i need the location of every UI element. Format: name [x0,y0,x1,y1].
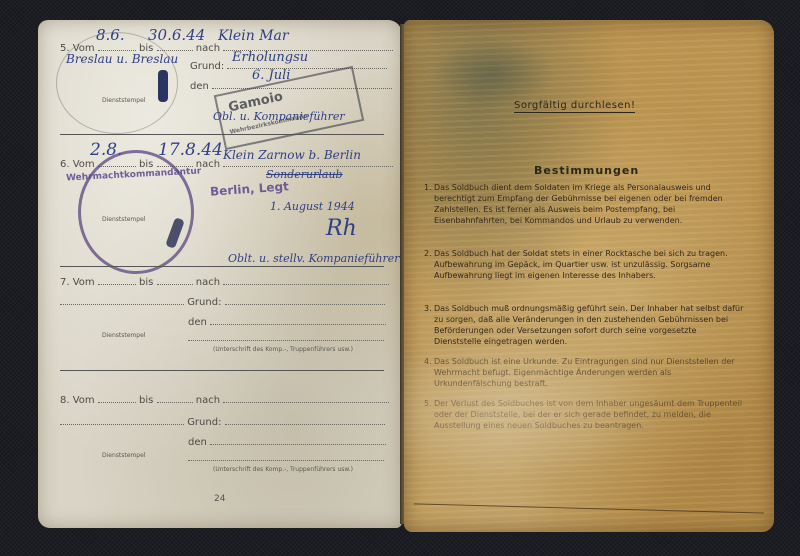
entry-7-signature-caption: (Unterschrift des Komp.-, Truppenführers… [213,346,353,353]
paragraph-number: 1. [424,182,432,193]
left-page: 5. Vom bis nach 8.6. 30.6.44 Klein Mar B… [38,20,402,528]
nach-label: nach [196,43,220,54]
entry-number: 6. [60,159,70,170]
entry-number: 8. [60,395,70,406]
entry-6-nach-value: Klein Zarnow b. Berlin [223,148,361,162]
page-edge-crease [414,503,764,513]
entry-7-stamp-label: Dienststempel [102,332,145,339]
entry-5-from-value: Breslau u. Breslau [66,52,178,66]
entry-6-den-value: 1. August 1944 [270,200,355,213]
entry-8-signature-caption: (Unterschrift des Komp.-, Truppenführers… [213,466,353,473]
den-label: den [188,437,207,448]
vom-label: Vom [73,277,95,288]
entry-6-signature-name: Rh [326,216,357,241]
entry-7-grund-row: Grund: [60,296,385,308]
entry-8-den-row: den [188,436,386,448]
bis-label: bis [139,395,153,406]
entry-8-grund-row: Grund: [60,416,385,428]
entry-5-nach-value: Klein Mar [218,28,289,44]
entry-8-vom-row: 8. Vom bis nach [60,394,389,406]
ink-transfer-smudge [434,38,554,108]
entry-divider [60,266,384,267]
worn-area [404,340,664,480]
paragraph-2: 2. Das Soldbuch hat der Soldat stets in … [434,248,744,281]
paragraph-1: 1. Das Soldbuch dient dem Soldaten im Kr… [434,182,744,226]
paragraph-number: 2. [424,248,432,259]
stamp-text-berlin: Berlin, Legt [210,179,290,198]
vom-label: Vom [73,395,95,406]
den-label: den [188,317,207,328]
nach-label: nach [196,395,220,406]
entry-8-signature-line [188,452,384,464]
entry-7-signature-line [188,332,384,344]
ink-blot [158,70,168,102]
entry-number: 7. [60,277,70,288]
page-number: 24 [214,494,225,504]
paragraph-number: 3. [424,303,432,314]
entry-8-stamp-label: Dienststempel [102,452,145,459]
grund-label: Grund: [190,61,224,72]
entry-5-grund-value: Erholungsu [232,50,308,65]
rectangular-stamp: Gamoio Wehrbezirkskommando [214,66,365,150]
nach-label: nach [196,277,220,288]
entry-7-vom-row: 7. Vom bis nach [60,276,389,288]
paragraph-text: Das Soldbuch hat der Soldat stets in ein… [434,249,728,280]
entry-6-stamp-label: Dienststempel [102,216,145,223]
entry-5-bis-value: 30.6.44 [148,26,205,44]
entry-5-signature: Obl. u. Kompanieführer [213,110,345,123]
notice-heading: Sorgfältig durchlesen! [514,100,635,113]
grund-label: Grund: [187,297,221,308]
entry-6-signature: Oblt. u. stellv. Kompanieführer [228,252,400,265]
entry-divider [60,370,384,371]
right-page: Sorgfältig durchlesen! Bestimmungen 1. D… [404,20,774,532]
entry-6-bis-value: 17.8.44 [158,140,223,160]
entry-divider [60,134,384,135]
grund-label: Grund: [187,417,221,428]
paragraph-text: Das Soldbuch dient dem Soldaten im Krieg… [434,183,723,225]
den-label: den [190,81,209,92]
vom-label: Vom [73,159,95,170]
bis-label: bis [139,277,153,288]
entry-5-vom-value: 8.6. [96,26,125,44]
entry-5-stamp-label: Dienststempel [102,97,145,104]
entry-7-den-row: den [188,316,386,328]
page-title: Bestimmungen [534,164,639,177]
